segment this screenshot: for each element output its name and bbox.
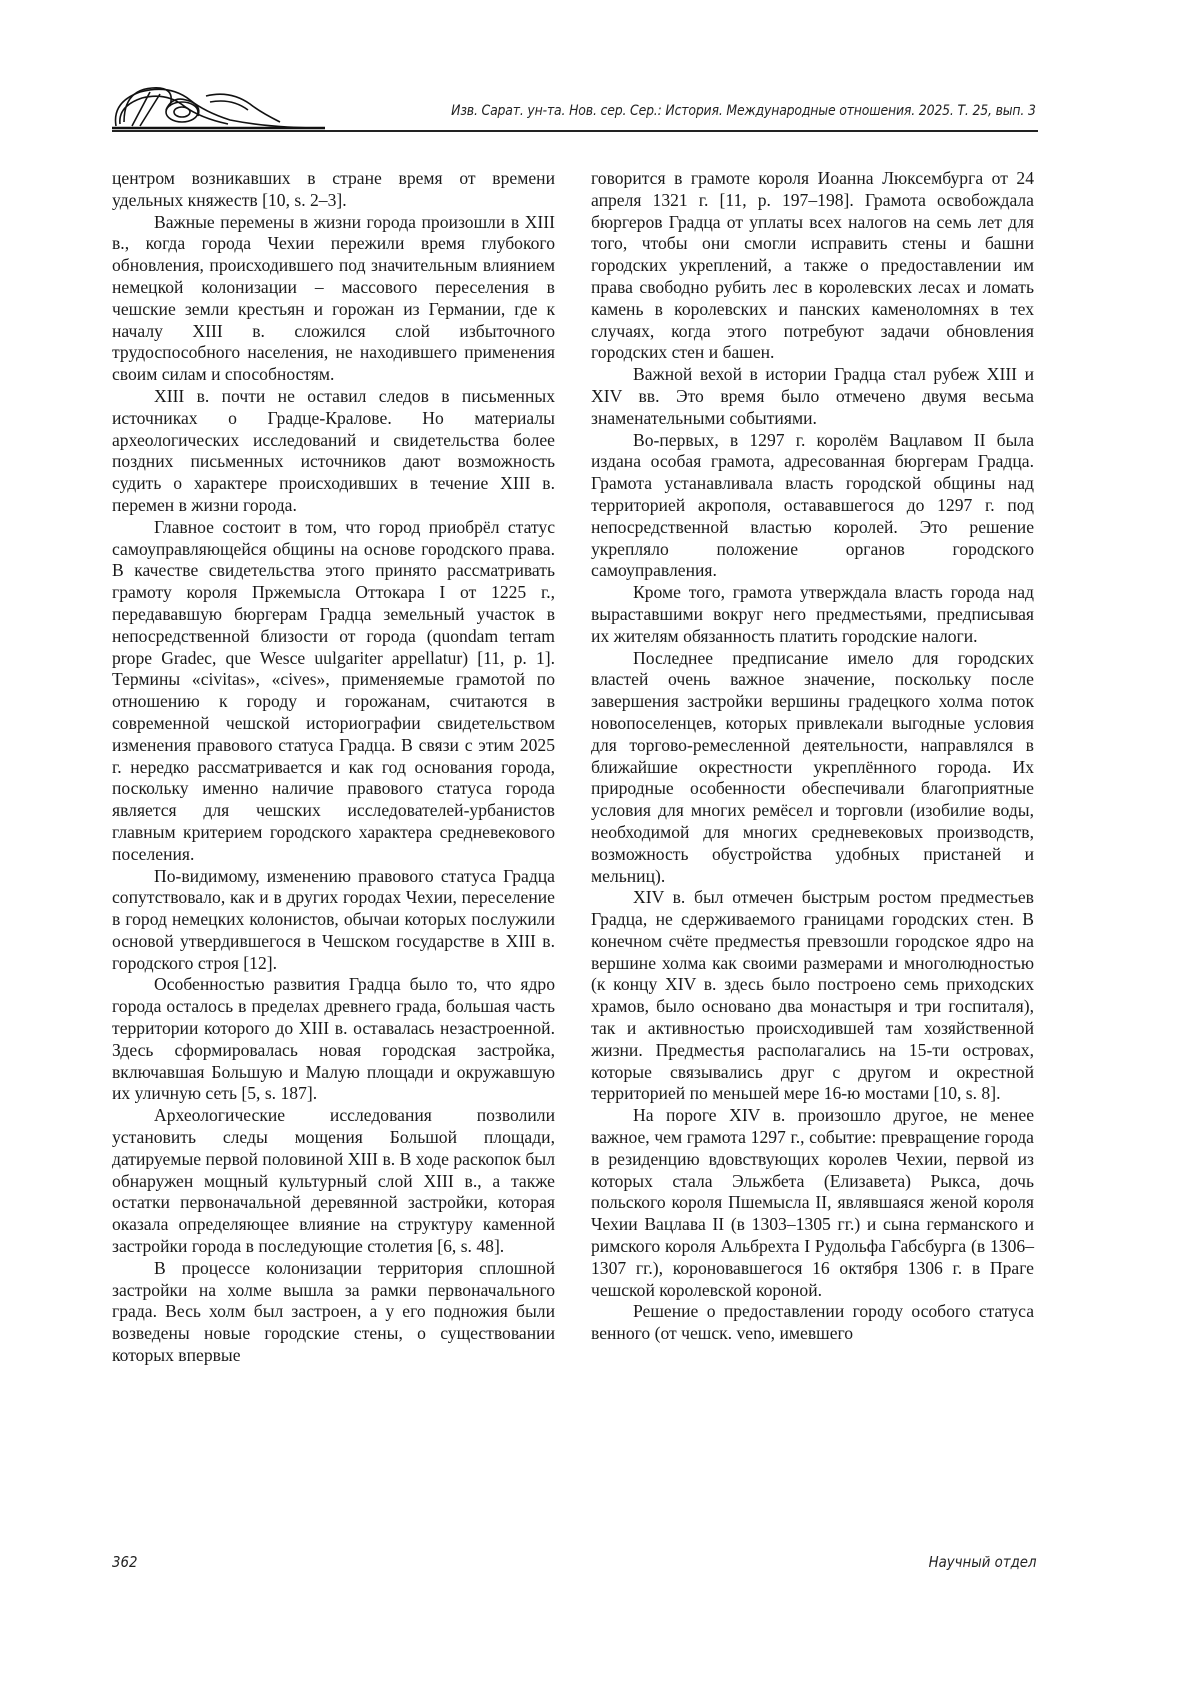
section-name: Научный отдел — [929, 1553, 1037, 1571]
paragraph: Археологические исследования позволили у… — [112, 1105, 555, 1258]
paragraph: XIII в. почти не оставил следов в письме… — [112, 386, 555, 517]
page-number: 362 — [112, 1553, 137, 1571]
journal-title: Изв. Сарат. ун-та. Нов. сер. Сер.: Истор… — [451, 103, 1036, 119]
header-rule — [112, 130, 1038, 132]
paragraph: Важной вехой в истории Градца стал рубеж… — [591, 364, 1034, 429]
paragraph: Во-первых, в 1297 г. королём Вацлавом II… — [591, 430, 1034, 583]
paragraph: Особенностью развития Градца было то, чт… — [112, 974, 555, 1105]
paragraph: В процессе колонизации территория сплошн… — [112, 1258, 555, 1367]
paragraph: Кроме того, грамота утверждала власть го… — [591, 582, 1034, 647]
paragraph: По-видимому, изменению правового статуса… — [112, 866, 555, 975]
paragraph: Решение о предоставлении городу особого … — [591, 1301, 1034, 1345]
paragraph: Важные перемены в жизни города произошли… — [112, 212, 555, 386]
paragraph: На пороге XIV в. произошло другое, не ме… — [591, 1105, 1034, 1301]
paragraph: XIV в. был отмечен быстрым ростом предме… — [591, 887, 1034, 1105]
paragraph: Последнее предписание имело для городски… — [591, 648, 1034, 888]
paragraph: центром возникавших в стране время от вр… — [112, 168, 555, 212]
right-column: говорится в грамоте короля Иоанна Люксем… — [591, 168, 1034, 1345]
left-column: центром возникавших в стране время от вр… — [112, 168, 555, 1367]
paragraph: говорится в грамоте короля Иоанна Люксем… — [591, 168, 1034, 364]
running-header: Изв. Сарат. ун-та. Нов. сер. Сер.: Истор… — [100, 78, 1040, 134]
art-nouveau-ornament-icon — [110, 82, 330, 130]
paragraph: Главное состоит в том, что город приобрё… — [112, 517, 555, 866]
